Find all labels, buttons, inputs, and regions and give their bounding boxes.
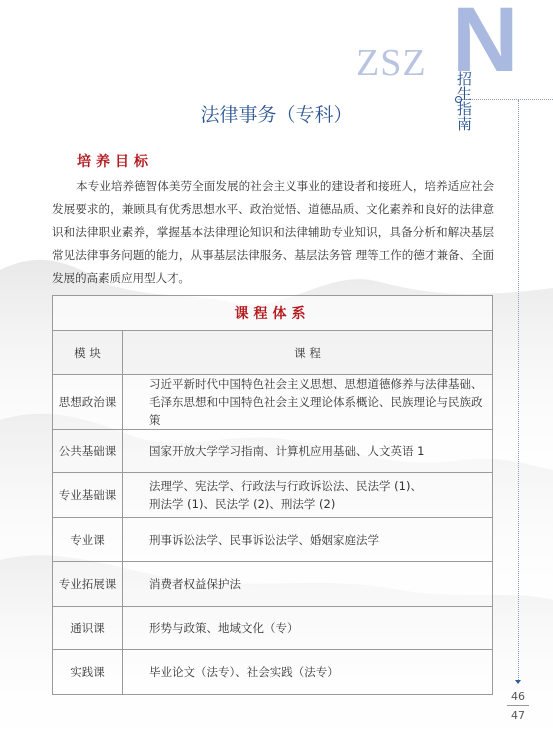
courses-cell: 形势与政策、地域文化（专） — [123, 607, 493, 650]
course-line: 毕业论文（法专）、社会实践（法专） — [149, 663, 492, 681]
courses-cell: 刑事诉讼法学、民事诉讼法学、婚姻家庭法学 — [123, 518, 493, 562]
courses-cell: 消费者权益保护法 — [123, 562, 493, 607]
table-row: 思想政治课 习近平新时代中国特色社会主义思想、思想道德修养与法律基础、 毛泽东思… — [53, 375, 493, 430]
arrow-down-icon — [515, 680, 521, 684]
page-number-right: 47 — [504, 709, 532, 722]
courses-cell: 毕业论文（法专）、社会实践（法专） — [123, 650, 493, 695]
course-line: 消费者权益保护法 — [149, 575, 492, 593]
table-row: 专业课 刑事诉讼法学、民事诉讼法学、婚姻家庭法学 — [53, 518, 493, 562]
module-cell: 思想政治课 — [53, 375, 123, 430]
page-title: 法律事务（专科） — [0, 100, 553, 127]
table-row: 专业基础课 法理学、宪法学、行政法与行政诉讼法、民法学 (1)、 刑法学 (1)… — [53, 473, 493, 518]
header-module: 模 块 — [53, 331, 123, 375]
course-line: 法理学、宪法学、行政法与行政诉讼法、民法学 (1)、 — [149, 477, 492, 495]
module-cell: 公共基础课 — [53, 430, 123, 473]
curriculum-table-container: 课程体系 模 块 课 程 思想政治课 习近平新时代中国特色社会主义思想、思想道德… — [52, 295, 493, 695]
course-line: 刑法学 (1)、民法学 (2)、刑法学 (2) — [149, 495, 492, 513]
table-row: 专业拓展课 消费者权益保护法 — [53, 562, 493, 607]
header-courses: 课 程 — [123, 331, 493, 375]
courses-cell: 国家开放大学学习指南、计算机应用基础、人文英语 1 — [123, 430, 493, 473]
course-line: 刑事诉讼法学、民事诉讼法学、婚姻家庭法学 — [149, 531, 492, 549]
courses-cell: 习近平新时代中国特色社会主义思想、思想道德修养与法律基础、 毛泽东思想和中国特色… — [123, 375, 493, 430]
course-line: 习近平新时代中国特色社会主义思想、思想道德修养与法律基础、 — [149, 375, 492, 393]
table-row: 实践课 毕业论文（法专）、社会实践（法专） — [53, 650, 493, 695]
course-line: 毛泽东思想和中国特色社会主义理论体系概论、民族理论与民族政策 — [149, 393, 492, 429]
module-cell: 专业基础课 — [53, 473, 123, 518]
course-line: 形势与政策、地域文化（专） — [149, 619, 492, 637]
module-cell: 实践课 — [53, 650, 123, 695]
module-cell: 专业课 — [53, 518, 123, 562]
course-line: 国家开放大学学习指南、计算机应用基础、人文英语 1 — [149, 442, 492, 460]
module-cell: 专业拓展课 — [53, 562, 123, 607]
table-row: 公共基础课 国家开放大学学习指南、计算机应用基础、人文英语 1 — [53, 430, 493, 473]
curriculum-table: 课程体系 模 块 课 程 思想政治课 习近平新时代中国特色社会主义思想、思想道德… — [52, 295, 493, 695]
objectives-heading: 培养目标 — [77, 151, 153, 171]
curriculum-caption: 课程体系 — [53, 296, 493, 331]
table-header-row: 模 块 课 程 — [53, 331, 493, 375]
table-row: 通识课 形势与政策、地域文化（专） — [53, 607, 493, 650]
module-cell: 通识课 — [53, 607, 123, 650]
dotted-divider-vertical — [518, 100, 519, 680]
page-number-separator — [507, 705, 529, 706]
objectives-text: 本专业培养德智体美劳全面发展的社会主义事业的建设者和接班人，培养适应社会发展要求… — [52, 175, 494, 290]
courses-cell: 法理学、宪法学、行政法与行政诉讼法、民法学 (1)、 刑法学 (1)、民法学 (… — [123, 473, 493, 518]
page-number-left: 46 — [504, 690, 532, 703]
brand-letters: ZSZ — [356, 44, 427, 82]
